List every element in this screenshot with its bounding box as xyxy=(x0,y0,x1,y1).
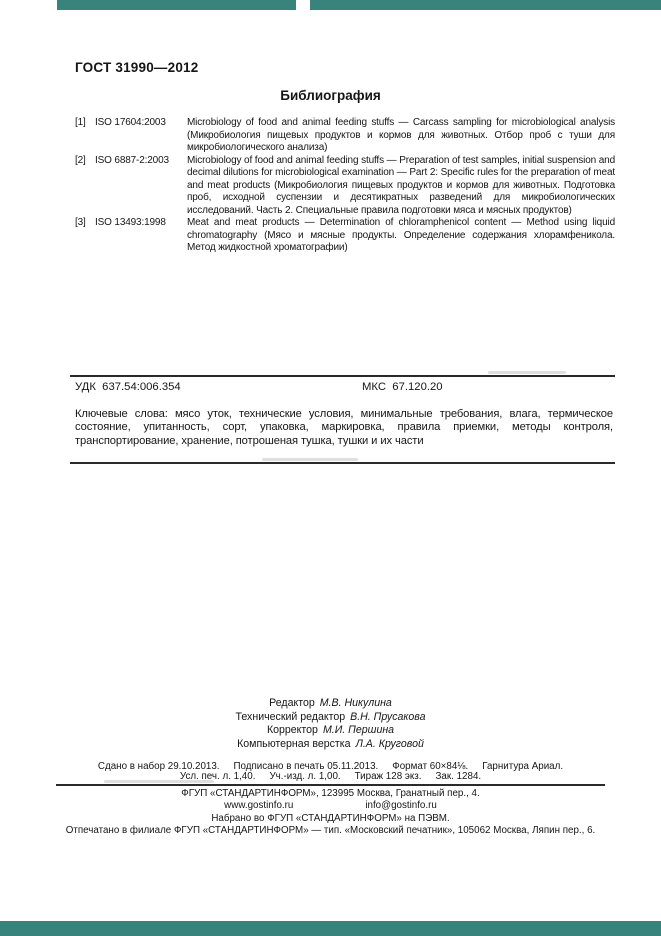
iso-code: ISO 6887-2:2003 xyxy=(95,155,187,218)
credit-role: Редактор xyxy=(269,697,315,709)
bibliography-list: [1] ISO 17604:2003 Microbiology of food … xyxy=(75,117,615,255)
credit-name: М.В. Никулина xyxy=(320,697,392,709)
scan-artifact-bar-top-left xyxy=(57,0,296,10)
credit-name: М.И. Першина xyxy=(323,724,394,736)
ref-number: [3] xyxy=(75,217,95,255)
imprint-line-2: Усл. печ. л. 1,40.Уч.-изд. л. 1,00.Тираж… xyxy=(0,771,661,782)
publisher-contacts: www.gostinfo.ruinfo@gostinfo.ru xyxy=(0,800,661,812)
publisher-block: ФГУП «СТАНДАРТИНФОРМ», 123995 Москва, Гр… xyxy=(0,788,661,838)
publisher-email: info@gostinfo.ru xyxy=(365,800,437,811)
bibliography-entry: [3] ISO 13493:1998 Meat and meat product… xyxy=(75,217,615,255)
horizontal-rule-above-publisher xyxy=(56,784,605,786)
imprint-order-number: Зак. 1284. xyxy=(436,771,482,782)
publisher-address: ФГУП «СТАНДАРТИНФОРМ», 123995 Москва, Гр… xyxy=(0,788,661,800)
udk-code: УДК 637.54:006.354 xyxy=(75,381,181,393)
credit-role: Корректор xyxy=(267,724,318,736)
section-title: Библиография xyxy=(0,88,661,103)
iso-code: ISO 13493:1998 xyxy=(95,217,187,255)
credit-name: В.Н. Прусакова xyxy=(350,711,425,723)
credit-line: РедакторМ.В. Никулина xyxy=(0,697,661,711)
entry-text: Microbiology of food and animal feeding … xyxy=(187,117,615,155)
credit-line: КорректорМ.И. Першина xyxy=(0,724,661,738)
publisher-printed-note: Отпечатано в филиале ФГУП «СТАНДАРТИНФОР… xyxy=(0,825,661,837)
horizontal-rule-below-keywords xyxy=(70,462,615,464)
iso-code: ISO 17604:2003 xyxy=(95,117,187,155)
scan-artifact-bar-top-right xyxy=(310,0,661,10)
ref-number: [1] xyxy=(75,117,95,155)
imprint-publisher-sheets: Уч.-изд. л. 1,00. xyxy=(269,771,340,782)
bibliography-entry: [2] ISO 6887-2:2003 Microbiology of food… xyxy=(75,155,615,218)
keywords-paragraph: Ключевые слова: мясо уток, технические у… xyxy=(75,408,613,448)
credits-block: РедакторМ.В. Никулина Технический редакт… xyxy=(0,697,661,751)
ref-number: [2] xyxy=(75,155,95,218)
bibliography-entry: [1] ISO 17604:2003 Microbiology of food … xyxy=(75,117,615,155)
scan-smudge xyxy=(104,780,214,783)
credit-role: Компьютерная верстка xyxy=(237,738,350,750)
scan-artifact-bar-bottom xyxy=(0,921,661,936)
horizontal-rule-above-udk xyxy=(70,375,615,377)
imprint-circulation: Тираж 128 экз. xyxy=(355,771,422,782)
scan-smudge xyxy=(262,458,358,461)
credit-role: Технический редактор xyxy=(236,711,346,723)
publisher-typeset-note: Набрано во ФГУП «СТАНДАРТИНФОРМ» на ПЭВМ… xyxy=(0,813,661,825)
credit-line: Технический редакторВ.Н. Прусакова xyxy=(0,711,661,725)
entry-text: Microbiology of food and animal feeding … xyxy=(187,155,615,218)
mks-code: МКС 67.120.20 xyxy=(362,381,443,393)
publisher-website: www.gostinfo.ru xyxy=(224,800,293,811)
standard-code-header: ГОСТ 31990—2012 xyxy=(75,60,198,75)
entry-text: Meat and meat products — Determination o… xyxy=(187,217,615,255)
credit-line: Компьютерная версткаЛ.А. Круговой xyxy=(0,738,661,752)
credit-name: Л.А. Круговой xyxy=(356,738,424,750)
scan-smudge xyxy=(488,371,566,374)
